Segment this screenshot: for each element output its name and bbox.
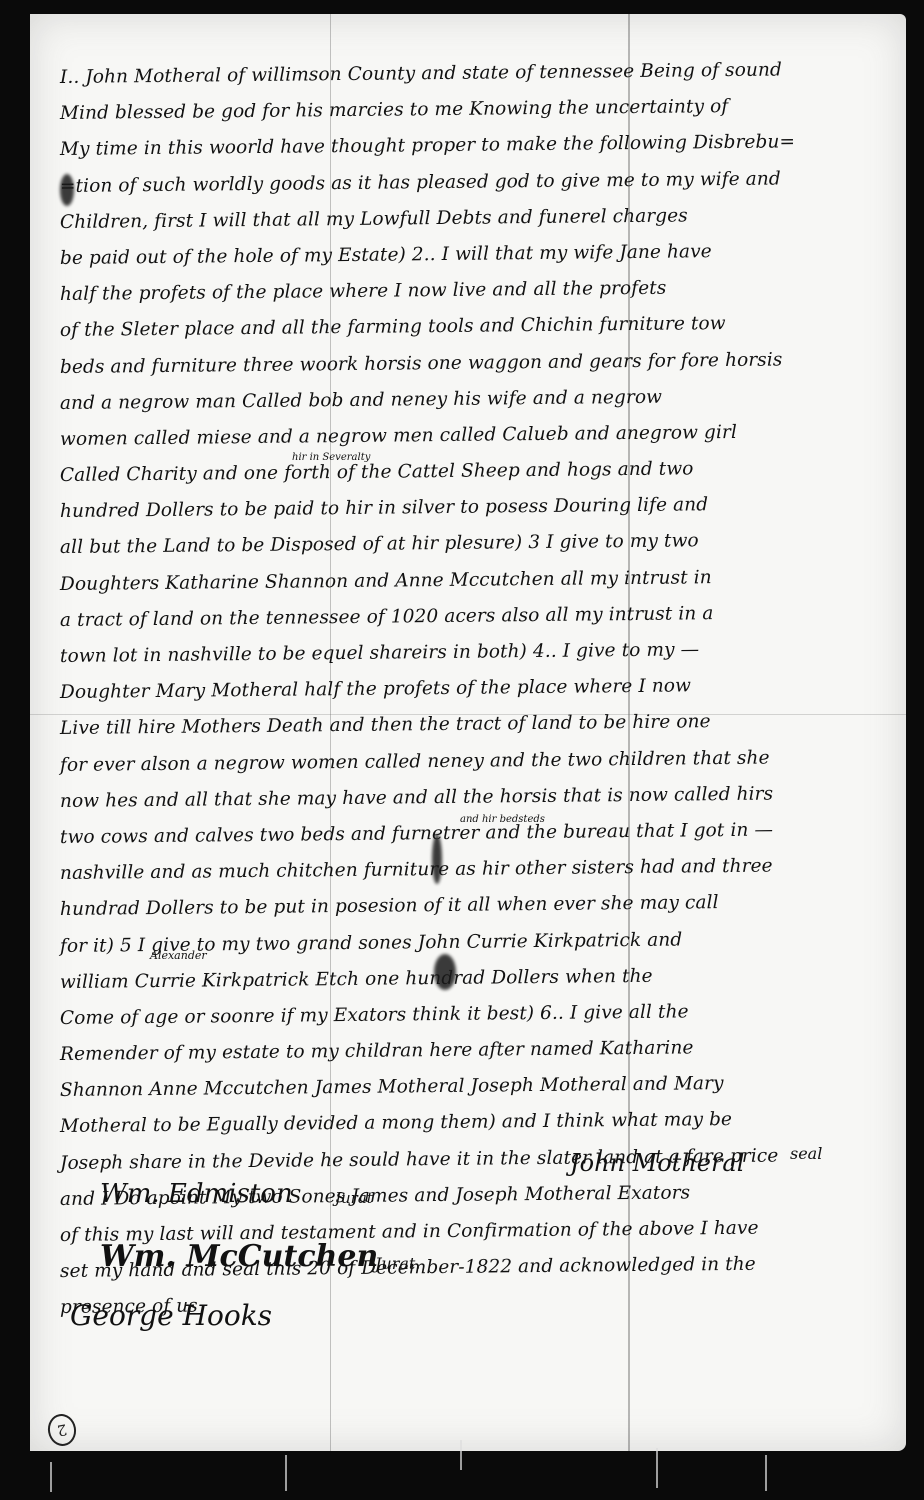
witness-signature: Wm. McCutchen bbox=[100, 1239, 378, 1274]
scratch-mark bbox=[50, 1462, 52, 1492]
seal-mark: seal bbox=[790, 1144, 822, 1163]
ink-blot bbox=[60, 174, 74, 206]
page-number-badge: 2 bbox=[45, 1412, 78, 1448]
witness-signature: Wm. Edmiston bbox=[100, 1179, 293, 1209]
interlineation: hir in Severalty bbox=[292, 452, 370, 463]
scratch-mark bbox=[460, 1440, 462, 1470]
scratch-mark bbox=[285, 1455, 287, 1491]
testator-signature: John Motheral bbox=[570, 1149, 744, 1177]
will-body-text: I.. John Motheral of willimson County an… bbox=[60, 60, 880, 1327]
interlineation: and hir bedsteds bbox=[460, 814, 545, 825]
interlineation: Alexander bbox=[150, 949, 207, 962]
ink-blot bbox=[434, 954, 456, 990]
scratch-mark bbox=[656, 1448, 658, 1488]
witness-signature: George Hooks bbox=[70, 1299, 272, 1332]
witness-jurat: Jurat. bbox=[375, 1254, 420, 1273]
will-page: I.. John Motheral of willimson County an… bbox=[30, 14, 906, 1451]
witness-jurat: Jurat bbox=[335, 1189, 373, 1207]
ink-blot bbox=[432, 834, 442, 884]
scratch-mark bbox=[765, 1455, 767, 1491]
